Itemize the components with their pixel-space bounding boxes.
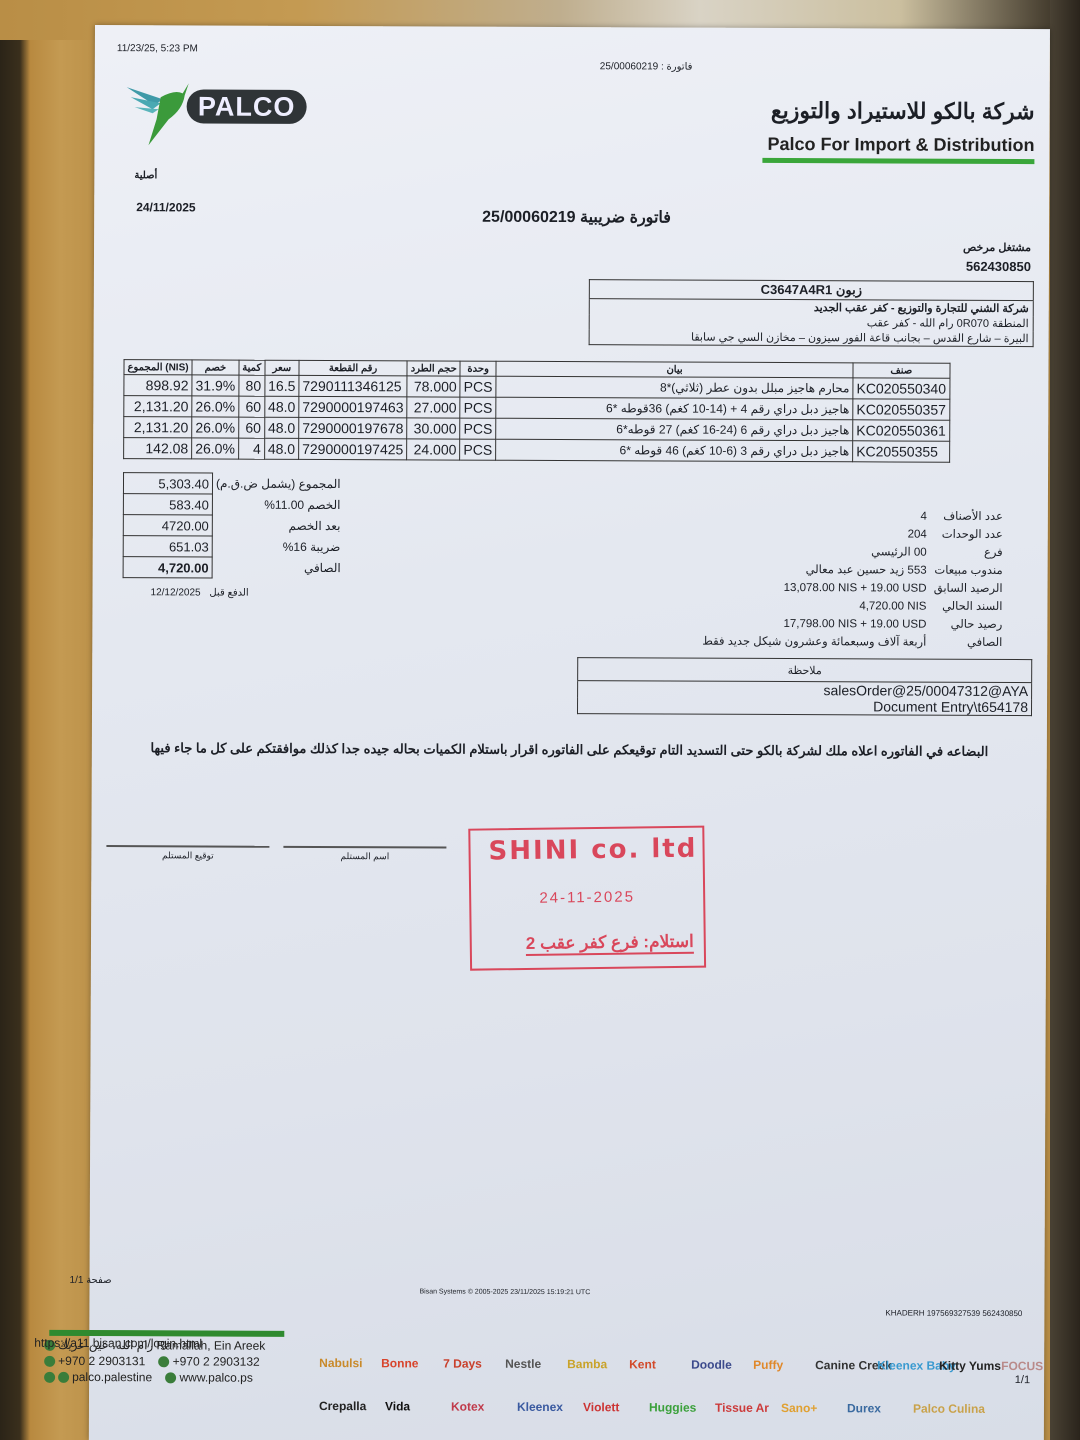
phone-icon [44,1356,55,1367]
totals-value: 583.40 [123,494,212,515]
cell-discount: 26.0% [192,396,239,417]
brand-logo: Huggies [649,1400,696,1414]
totals-row: 651.03ضريبة 16% [123,536,344,558]
brand-logo: FOCUS [1001,1359,1043,1373]
fax-number: +970 2 2903132 [173,1354,260,1368]
invoice-summary: عدد الأصناف4عدد الوحدات204فرع00 الرئيسيم… [702,508,1003,653]
summary-label: مندوب مبيعات [927,563,1003,577]
contact-block: https://a11.bisan.com/login.html رام الل… [34,1337,265,1386]
brand-logo: Sano+ [781,1401,817,1415]
customer-address: البيرة – شارع القدس – بجانب قاعة الفور س… [589,329,1033,346]
social-handle: palco.palestine [72,1370,152,1384]
cell-description: هاجيز دبل دراي رقم 4 + (14-10 كغم) 36قوط… [496,397,853,420]
stamp-branch: استلام: فرع كفر عقب 2 [526,932,694,956]
col-pack-size: حجم الطرد [407,361,460,376]
totals-label: الخصم 11.00% [212,494,344,516]
cell-pack-size: 27.000 [407,397,460,418]
cell-price: 16.5 [265,375,299,396]
summary-row: عدد الوحدات204 [703,526,1003,545]
facebook-icon [44,1372,55,1383]
cell-pack-size: 78.000 [407,376,460,397]
notes-line-1: salesOrder@25/00047312@AYA [578,681,1032,699]
brand-logo: Crepalla [319,1399,366,1413]
cell-pack-size: 24.000 [407,439,460,460]
brand-logo: Bamba [567,1357,607,1371]
cell-total: 898.92 [124,375,192,396]
cell-qty: 60 [238,417,264,438]
cell-total: 2,131.20 [124,396,192,417]
summary-label: عدد الأصناف [927,509,1003,523]
cell-total: 142.08 [124,438,192,459]
company-name-english: Palco For Import & Distribution [767,134,1034,156]
due-date: 12/12/2025 [150,587,200,598]
summary-value: 4,720.00 NIS [859,600,926,612]
summary-value: أربعة آلاف وسبعمائة وعشرون شيكل جديد فقط [702,636,926,649]
totals-value: 5,303.40 [123,473,212,494]
stamp-date: 24-11-2025 [471,888,703,908]
summary-row: رصيد حالي17,798.00 NIS + 19.00 USD [702,616,1002,635]
cell-unit: PCS [460,397,496,418]
cell-sku: KC020550357 [853,399,950,420]
invoice-title: فاتورة ضريبية 25/00060219 [482,207,671,228]
fax-icon [159,1357,170,1368]
brand-logo: Kent [629,1357,656,1371]
brand-logo: Kleenex [517,1400,563,1414]
totals-label: الصافي [212,557,344,579]
brand-logo: Palco Culina [913,1402,985,1416]
summary-row: الصافيأربعة آلاف وسبعمائة وعشرون شيكل جد… [702,634,1002,653]
globe-icon [165,1373,176,1384]
cell-qty: 60 [239,396,265,417]
cell-unit: PCS [460,376,496,397]
summary-value: 17,798.00 NIS + 19.00 USD [783,618,926,631]
due-date-row: 12/12/2025 الدفع قبل [150,587,248,598]
totals-table: 5,303.40المجموع (يشمل ض.ق.م)583.40الخصم … [123,472,345,579]
cell-sku: KC20550355 [853,441,950,462]
cell-barcode: 7290000197678 [299,417,407,438]
table-row: 142.0826.0%448.0729000019742524.000PCSها… [124,438,950,463]
cell-description: محارم هاجيز مبلل بدون عطر (ثلاثي)*8 [496,376,853,399]
summary-label: عدد الوحدات [927,527,1003,541]
totals-label: المجموع (يشمل ض.ق.م) [212,473,344,495]
totals-value: 4,720.00 [123,557,212,578]
logo-wordmark: PALCO [187,89,307,124]
summary-value: 553 زيد حسين عبد معالي [806,564,927,577]
totals-row: 4,720.00الصافي [123,557,344,579]
licensed-dealer-number: 562430850 [966,259,1031,274]
summary-label: الصافي [926,635,1002,649]
notes-line-2: Document Entry\t654178 [577,697,1031,715]
palco-logo: PALCO [124,75,314,146]
recipient-signature-line: توقيع المستلم [106,845,269,862]
totals-row: 4720.00بعد الخصم [123,515,344,537]
brand-logo: 7 Days [443,1357,482,1371]
brand-logo: Bonne [381,1356,418,1370]
cell-pack-size: 30.000 [407,418,460,439]
brand-logo: Violett [583,1400,620,1414]
invoice-paper: 11/23/25, 5:23 PM فاتورة : 25/00060219 P… [89,25,1050,1440]
cell-description: هاجيز دبل دراي رقم 6 (24-16 كغم) 27 قوطه… [496,418,853,441]
totals-label: بعد الخصم [212,515,344,537]
col-sku: صنف [853,363,950,378]
cell-total: 2,131.20 [124,417,192,438]
col-barcode: رقم القطعة [299,360,407,375]
cell-unit: PCS [460,439,496,460]
url-overlay[interactable]: https://a11.bisan.com/login.html [34,1335,202,1352]
summary-row: السند الحالي4,720.00 NIS [702,598,1002,617]
background-shadow-right [1050,0,1080,1440]
col-description: بيان [496,361,853,378]
system-credit: Bisan Systems © 2005-2025 23/11/2025 15:… [419,1288,590,1296]
cell-sku: KC020550361 [853,420,950,441]
phone-number: +970 2 2903131 [58,1354,145,1368]
summary-value: 204 [908,529,927,541]
summary-label: فرع [927,545,1003,559]
cell-price: 48.0 [265,396,299,417]
totals-row: 5,303.40المجموع (يشمل ض.ق.م) [123,473,344,495]
cell-sku: KC020550340 [853,378,950,399]
cell-barcode: 7290111346125 [299,375,407,396]
notes-box: ملاحظة salesOrder@25/00047312@AYA Docume… [577,657,1032,716]
cell-unit: PCS [460,418,496,439]
notes-heading: ملاحظة [578,658,1032,683]
items-table: المجموع (NIS) خصم كمية سعر رقم القطعة حج… [123,359,950,463]
customer-code: زبون C3647A4R1 [589,280,1033,301]
col-unit: وحدة [460,361,496,376]
customer-box: زبون C3647A4R1 شركة الشني للتجارة والتوز… [589,279,1034,347]
website[interactable]: www.palco.ps [179,1370,252,1384]
cell-barcode: 7290000197463 [299,396,407,417]
recipient-name-line: اسم المستلم [283,846,446,863]
cell-barcode: 7290000197425 [299,438,407,459]
brand-logo: Vida [385,1399,410,1413]
instagram-icon [58,1372,69,1383]
licensed-dealer-label: مشتغل مرخص [963,241,1031,254]
summary-row: فرع00 الرئيسي [703,544,1003,563]
summary-row: الرصيد السابق13,078.00 NIS + 19.00 USD [702,580,1002,599]
totals-row: 583.40الخصم 11.00% [123,494,344,516]
totals-value: 4720.00 [123,515,212,536]
col-price: سعر [265,360,299,375]
summary-label: السند الحالي [926,599,1002,613]
brand-logo: Puffy [753,1358,783,1372]
brand-logos: NabulsiBonne7 DaysNestleBambaKentDoodleP… [319,1331,1039,1440]
summary-label: رصيد حالي [926,617,1002,631]
brand-logo: Nabulsi [319,1356,362,1370]
page-count: 1/1 [1015,1374,1030,1386]
col-total: المجموع (NIS) [124,360,192,375]
company-name-arabic: شركة بالكو للاستيراد والتوزيع [771,98,1035,125]
print-timestamp: 11/23/25, 5:23 PM [117,43,198,54]
copy-label: أصلية [134,170,157,181]
brand-logo: Kitty Yums [939,1359,1001,1373]
summary-value: 13,078.00 NIS + 19.00 USD [784,582,927,595]
brand-logo: Kotex [451,1400,484,1414]
col-qty: كمية [239,360,265,375]
receipt-stamp: SHINI co. ltd 24-11-2025 استلام: فرع كفر… [468,826,706,971]
brand-divider [762,158,1034,164]
summary-label: الرصيد السابق [927,581,1003,595]
cell-discount: 26.0% [192,417,239,438]
brand-logo: Nestle [505,1357,541,1371]
stamp-brand: SHINI co. ltd [488,834,697,867]
cell-qty: 80 [239,375,265,396]
cell-description: هاجيز دبل دراي رقم 3 (6-10 كغم) 46 قوطه … [496,439,853,462]
summary-row: مندوب مبيعات553 زيد حسين عبد معالي [703,562,1003,581]
summary-value: 00 الرئيسي [871,546,927,558]
cell-qty: 4 [238,438,264,459]
totals-value: 651.03 [123,536,212,557]
top-invoice-ref: فاتورة : 25/00060219 [600,61,693,72]
brand-logo: Durex [847,1401,881,1415]
brand-logo: Tissue Ar [715,1401,769,1415]
totals-label: ضريبة 16% [212,536,344,558]
cell-discount: 26.0% [192,438,239,459]
summary-row: عدد الأصناف4 [703,508,1003,527]
cell-discount: 31.9% [192,375,239,396]
invoice-date: 24/11/2025 [136,200,195,214]
user-reference: KHADERH 197569327539 562430850 [885,1308,1022,1318]
col-discount: خصم [192,360,239,375]
ownership-declaration: البضاعه في الفاتوره اعلاه ملك لشركة بالك… [107,738,1032,762]
brand-logo: Doodle [691,1358,732,1372]
due-date-label: الدفع قبل [209,588,248,599]
page-label: صفحة 1/1 [69,1275,111,1286]
cell-price: 48.0 [264,417,298,438]
cell-price: 48.0 [264,438,298,459]
